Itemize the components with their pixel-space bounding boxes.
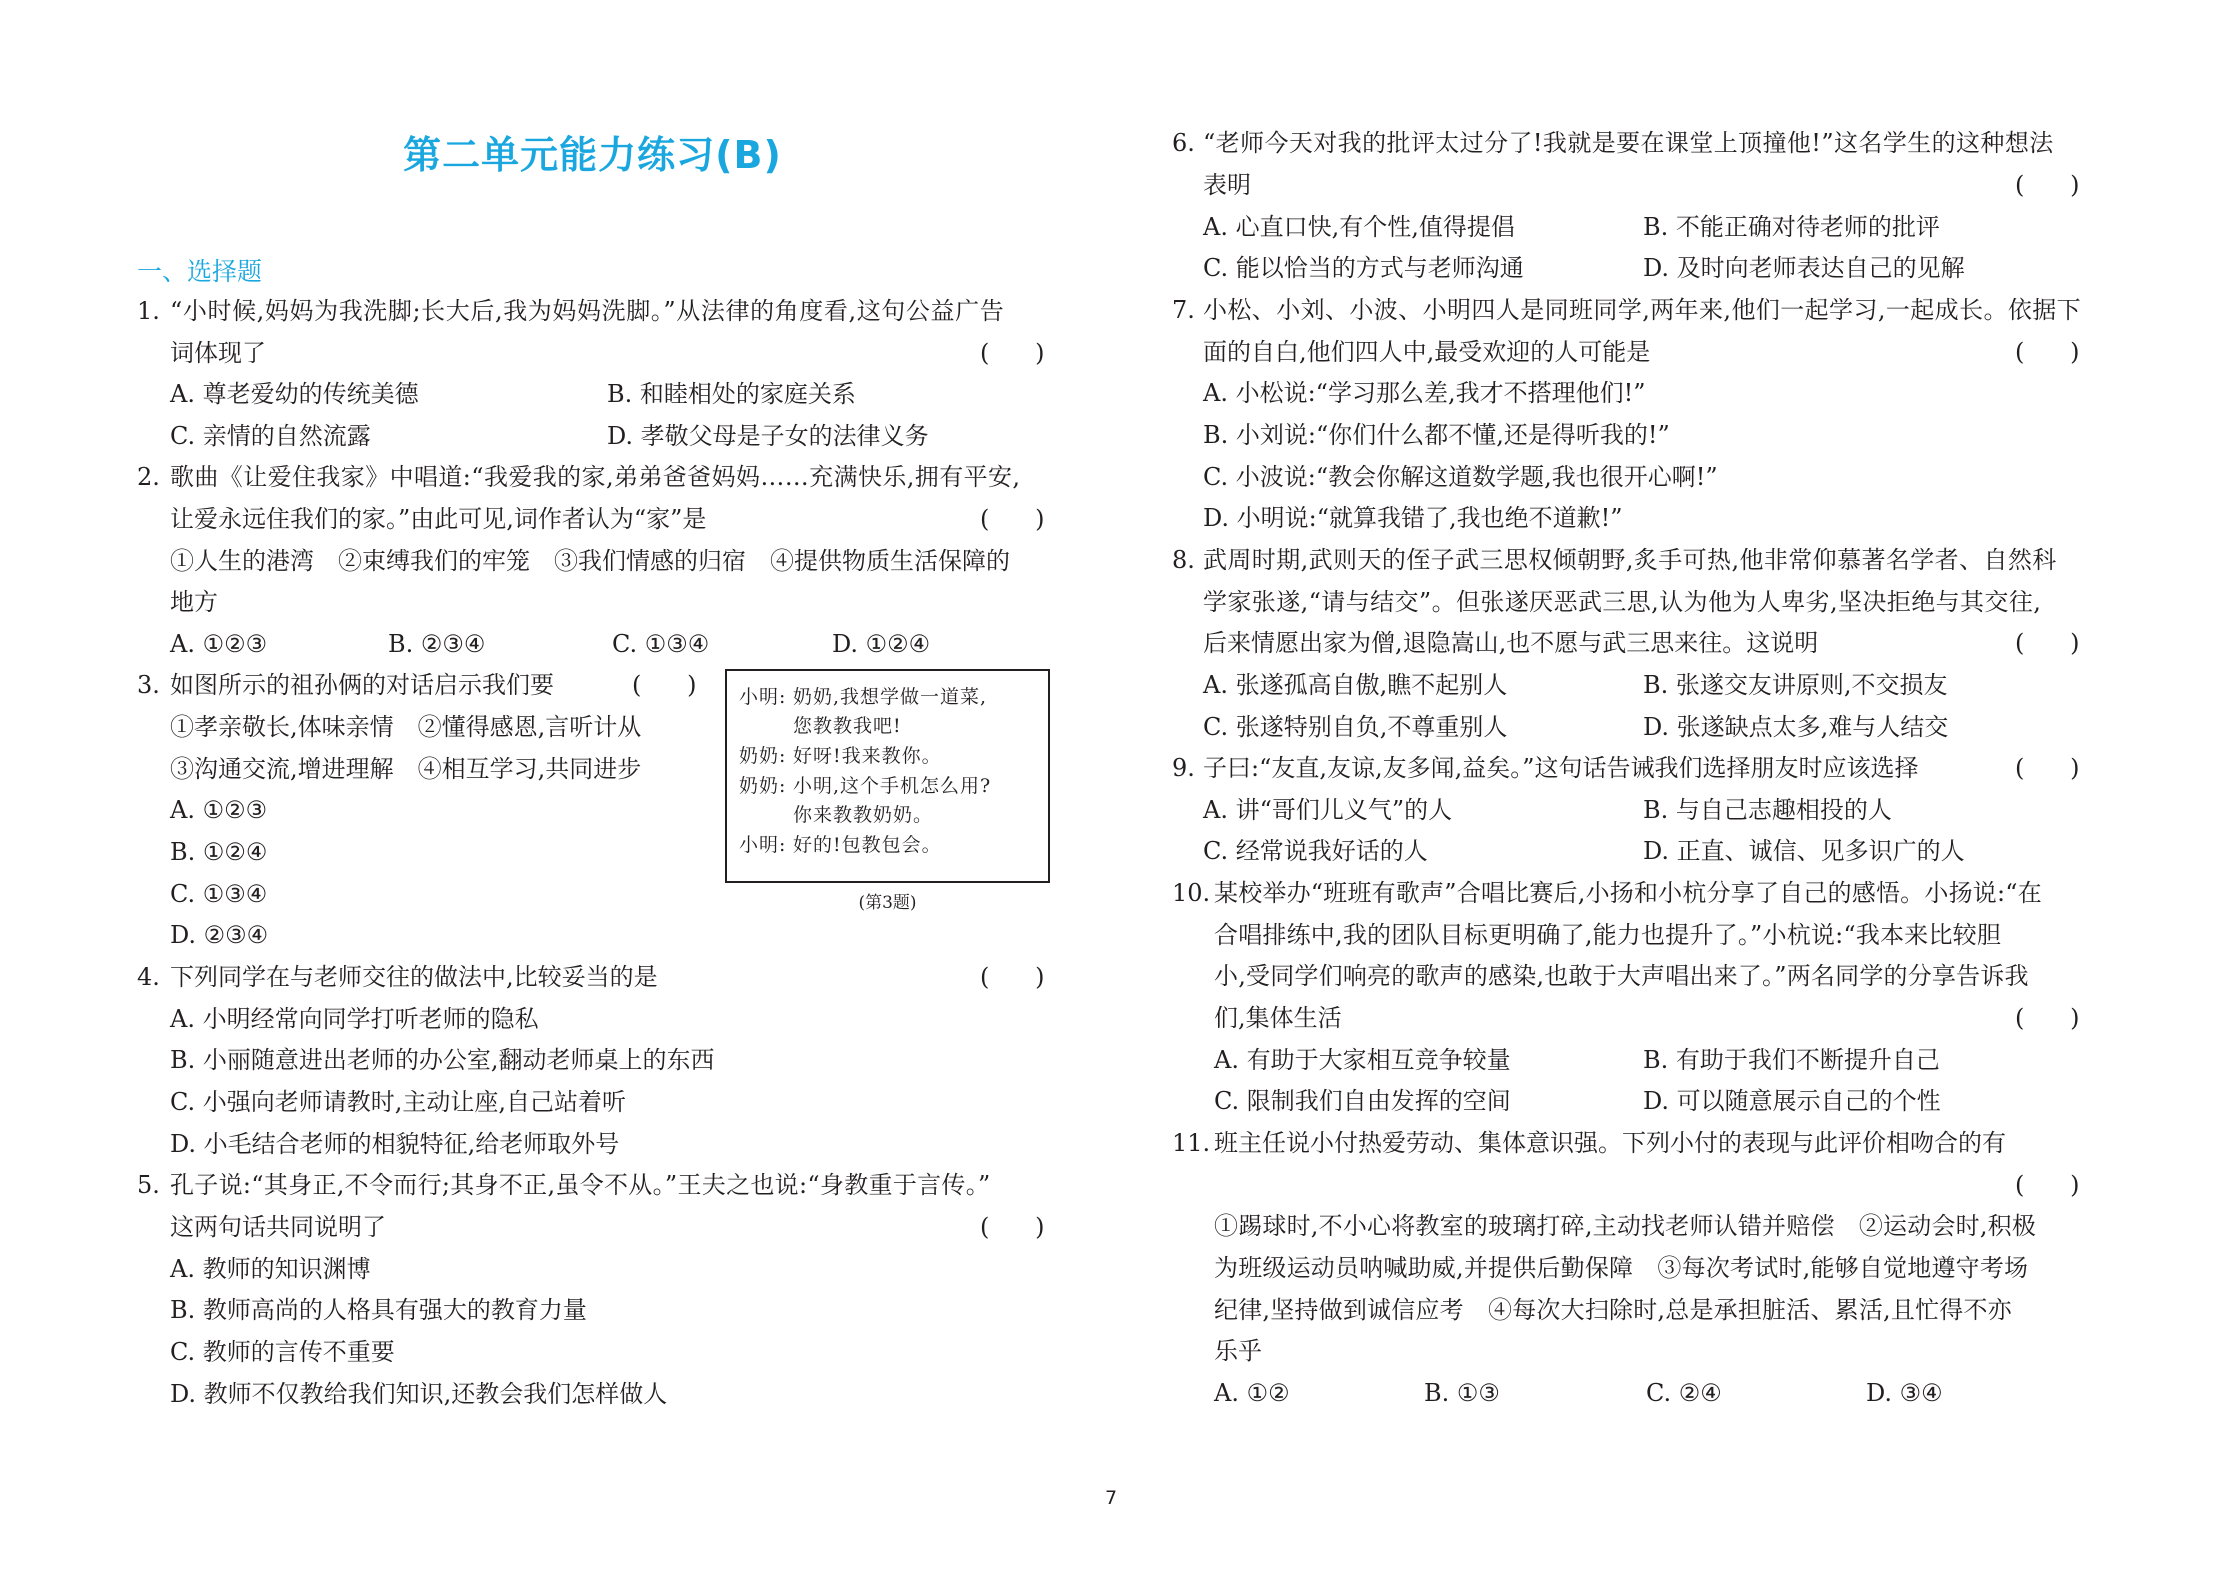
option-d[interactable]: D. ①②④	[832, 629, 930, 659]
statements: ①孝亲敬长,体味亲情 ②懂得感恩,言听计从	[170, 712, 641, 742]
question-stem: 歌曲《让爱住我家》中唱道:“我爱我的家,弟弟爸爸妈妈……充满快乐,拥有平安,	[170, 462, 1020, 492]
dialogue-line: 您教教我吧!	[793, 714, 902, 738]
option-a[interactable]: A. 尊老爱幼的传统美德	[170, 379, 419, 409]
statements: ③沟通交流,增进理解 ④相互学习,共同进步	[170, 754, 641, 784]
answer-bracket[interactable]: ( )	[2015, 1170, 2080, 1200]
question-stem: 子曰:“友直,友谅,友多闻,益矣。”这句话告诫我们选择朋友时应该选择	[1203, 753, 1919, 783]
statements: 乐乎	[1214, 1336, 1262, 1366]
option-a[interactable]: A. 小松说:“学习那么差,我才不搭理他们!”	[1203, 378, 1646, 408]
question-stem: 学家张遂,“请与结交”。但张遂厌恶武三思,认为他为人卑劣,坚决拒绝与其交往,	[1203, 587, 2041, 617]
option-d[interactable]: D. ③④	[1866, 1378, 1943, 1408]
dialogue-line: 小明,这个手机怎么用?	[793, 774, 991, 798]
option-c[interactable]: C. 教师的言传不重要	[170, 1337, 395, 1367]
question-stem: 小松、小刘、小波、小明四人是同班同学,两年来,他们一起学习,一起成长。依据下	[1203, 295, 2081, 325]
question-number: 6.	[1172, 128, 1195, 158]
dialogue-speaker: 小明:	[739, 833, 786, 857]
option-b[interactable]: B. 和睦相处的家庭关系	[607, 379, 856, 409]
option-b[interactable]: B. ①③	[1424, 1378, 1500, 1408]
page-title: 第二单元能力练习(B)	[0, 124, 1185, 179]
answer-bracket[interactable]: ( )	[2015, 170, 2080, 200]
question-number: 1.	[137, 296, 160, 326]
dialogue-speaker: 奶奶:	[739, 774, 786, 798]
figure-caption: (第3题)	[725, 888, 1050, 913]
question-stem: 如图所示的祖孙俩的对话启示我们要	[170, 670, 554, 700]
option-c[interactable]: C. 小波说:“教会你解这道数学题,我也很开心啊!”	[1203, 462, 1718, 492]
dialogue-line: 你来教教奶奶。	[793, 803, 933, 827]
option-d[interactable]: D. ②③④	[170, 920, 268, 950]
answer-bracket[interactable]: ( )	[980, 504, 1045, 534]
option-a[interactable]: A. ①②③	[170, 795, 267, 825]
answer-bracket[interactable]: ( )	[2015, 628, 2080, 658]
option-b[interactable]: B. 张遂交友讲原则,不交损友	[1643, 670, 1948, 700]
statements: 地方	[170, 587, 218, 617]
page-number: 7	[1105, 1487, 1117, 1509]
question-stem: 班主任说小付热爱劳动、集体意识强。下列小付的表现与此评价相吻合的有	[1214, 1128, 2006, 1158]
question-stem: 小,受同学们响亮的歌声的感染,也敢于大声唱出来了。”两名同学的分享告诉我	[1214, 961, 2029, 991]
answer-bracket[interactable]: ( )	[632, 670, 697, 700]
question-stem: 们,集体生活	[1214, 1003, 1342, 1033]
option-b[interactable]: B. ①②④	[170, 837, 267, 867]
option-d[interactable]: D. 教师不仅教给我们知识,还教会我们怎样做人	[170, 1379, 667, 1409]
answer-bracket[interactable]: ( )	[980, 338, 1045, 368]
question-stem: “老师今天对我的批评太过分了!我就是要在课堂上顶撞他!”这名学生的这种想法	[1203, 128, 2054, 158]
option-d[interactable]: D. 孝敬父母是子女的法律义务	[607, 421, 929, 451]
option-b[interactable]: B. 教师高尚的人格具有强大的教育力量	[170, 1295, 587, 1325]
option-c[interactable]: C. 亲情的自然流露	[170, 421, 371, 451]
answer-bracket[interactable]: ( )	[2015, 753, 2080, 783]
answer-bracket[interactable]: ( )	[2015, 1003, 2080, 1033]
question-stem: 孔子说:“其身正,不令而行;其身不正,虽令不从。”王夫之也说:“身教重于言传。”	[170, 1170, 991, 1200]
question-stem: 表明	[1203, 170, 1251, 200]
question-number: 10.	[1172, 878, 1210, 908]
option-a[interactable]: A. 有助于大家相互竞争较量	[1214, 1045, 1511, 1075]
question-stem: 下列同学在与老师交往的做法中,比较妥当的是	[170, 962, 658, 992]
dialogue-line: 奶奶,我想学做一道菜,	[793, 685, 987, 709]
dialogue-speaker: 小明:	[739, 685, 786, 709]
option-b[interactable]: B. 小丽随意进出老师的办公室,翻动老师桌上的东西	[170, 1045, 715, 1075]
option-c[interactable]: C. 小强向老师请教时,主动让座,自己站着听	[170, 1087, 626, 1117]
question-stem: “小时候,妈妈为我洗脚;长大后,我为妈妈洗脚。”从法律的角度看,这句公益广告	[170, 296, 1004, 326]
option-d[interactable]: D. 小毛结合老师的相貌特征,给老师取外号	[170, 1129, 619, 1159]
option-c[interactable]: C. 张遂特别自负,不尊重别人	[1203, 712, 1507, 742]
option-a[interactable]: A. 讲“哥们儿义气”的人	[1203, 795, 1452, 825]
question-number: 5.	[137, 1170, 160, 1200]
answer-bracket[interactable]: ( )	[2015, 337, 2080, 367]
option-b[interactable]: B. 小刘说:“你们什么都不懂,还是得听我的!”	[1203, 420, 1670, 450]
option-a[interactable]: A. 心直口快,有个性,值得提倡	[1203, 212, 1515, 242]
question-number: 8.	[1172, 545, 1195, 575]
statements: ①人生的港湾 ②束缚我们的牢笼 ③我们情感的归宿 ④提供物质生活保障的	[170, 546, 1010, 576]
option-d[interactable]: D. 正直、诚信、见多识广的人	[1643, 836, 1965, 866]
question-number: 3.	[137, 670, 160, 700]
option-a[interactable]: A. ①②	[1214, 1378, 1290, 1408]
statements: ①踢球时,不小心将教室的玻璃打碎,主动找老师认错并赔偿 ②运动会时,积极	[1214, 1211, 2036, 1241]
option-b[interactable]: B. 不能正确对待老师的批评	[1643, 212, 1940, 242]
option-a[interactable]: A. 张遂孤高自傲,瞧不起别人	[1203, 670, 1507, 700]
option-b[interactable]: B. ②③④	[388, 629, 485, 659]
statements: 纪律,坚持做到诚信应考 ④每次大扫除时,总是承担脏活、累活,且忙得不亦	[1214, 1295, 2012, 1325]
option-c[interactable]: C. ②④	[1646, 1378, 1722, 1408]
question-number: 11.	[1172, 1128, 1210, 1158]
option-b[interactable]: B. 与自己志趣相投的人	[1643, 795, 1892, 825]
question-stem: 面的自白,他们四人中,最受欢迎的人可能是	[1203, 337, 1650, 367]
question-stem: 合唱排练中,我的团队目标更明确了,能力也提升了。”小杭说:“我本来比较胆	[1214, 920, 2001, 950]
option-d[interactable]: D. 小明说:“就算我错了,我也绝不道歉!”	[1203, 503, 1623, 533]
question-number: 2.	[137, 462, 160, 492]
statements: 为班级运动员呐喊助威,并提供后勤保障 ③每次考试时,能够自觉地遵守考场	[1214, 1253, 2028, 1283]
question-number: 9.	[1172, 753, 1195, 783]
question-stem: 后来情愿出家为僧,退隐嵩山,也不愿与武三思来往。这说明	[1203, 628, 1818, 658]
option-d[interactable]: D. 可以随意展示自己的个性	[1643, 1086, 1941, 1116]
option-d[interactable]: D. 张遂缺点太多,难与人结交	[1643, 712, 1948, 742]
question-stem: 武周时期,武则天的侄子武三思权倾朝野,炙手可热,他非常仰慕著名学者、自然科	[1203, 545, 2057, 575]
dialogue-figure: 小明: 奶奶,我想学做一道菜, 您教教我吧! 奶奶: 好呀!我来教你。 奶奶: …	[725, 669, 1050, 883]
option-c[interactable]: C. ①③④	[612, 629, 709, 659]
question-stem: 这两句话共同说明了	[170, 1212, 386, 1242]
section-heading: 一、选择题	[137, 252, 262, 288]
option-a[interactable]: A. ①②③	[170, 629, 267, 659]
answer-bracket[interactable]: ( )	[980, 962, 1045, 992]
option-c[interactable]: C. ①③④	[170, 879, 267, 909]
question-stem: 词体现了	[170, 338, 266, 368]
option-a[interactable]: A. 小明经常向同学打听老师的隐私	[170, 1004, 539, 1034]
option-d[interactable]: D. 及时向老师表达自己的见解	[1643, 253, 1965, 283]
option-c[interactable]: C. 经常说我好话的人	[1203, 836, 1428, 866]
question-number: 7.	[1172, 295, 1195, 325]
question-stem: 让爱永远住我们的家。”由此可见,词作者认为“家”是	[170, 504, 706, 534]
option-c[interactable]: C. 能以恰当的方式与老师沟通	[1203, 253, 1524, 283]
dialogue-line: 好的!包教包会。	[793, 833, 942, 857]
answer-bracket[interactable]: ( )	[980, 1212, 1045, 1242]
question-number: 4.	[137, 962, 160, 992]
dialogue-speaker: 奶奶:	[739, 744, 786, 768]
option-b[interactable]: B. 有助于我们不断提升自己	[1643, 1045, 1940, 1075]
option-c[interactable]: C. 限制我们自由发挥的空间	[1214, 1086, 1511, 1116]
option-a[interactable]: A. 教师的知识渊博	[170, 1254, 371, 1284]
question-stem: 某校举办“班班有歌声”合唱比赛后,小扬和小杭分享了自己的感悟。小扬说:“在	[1214, 878, 2042, 908]
dialogue-line: 好呀!我来教你。	[793, 744, 942, 768]
